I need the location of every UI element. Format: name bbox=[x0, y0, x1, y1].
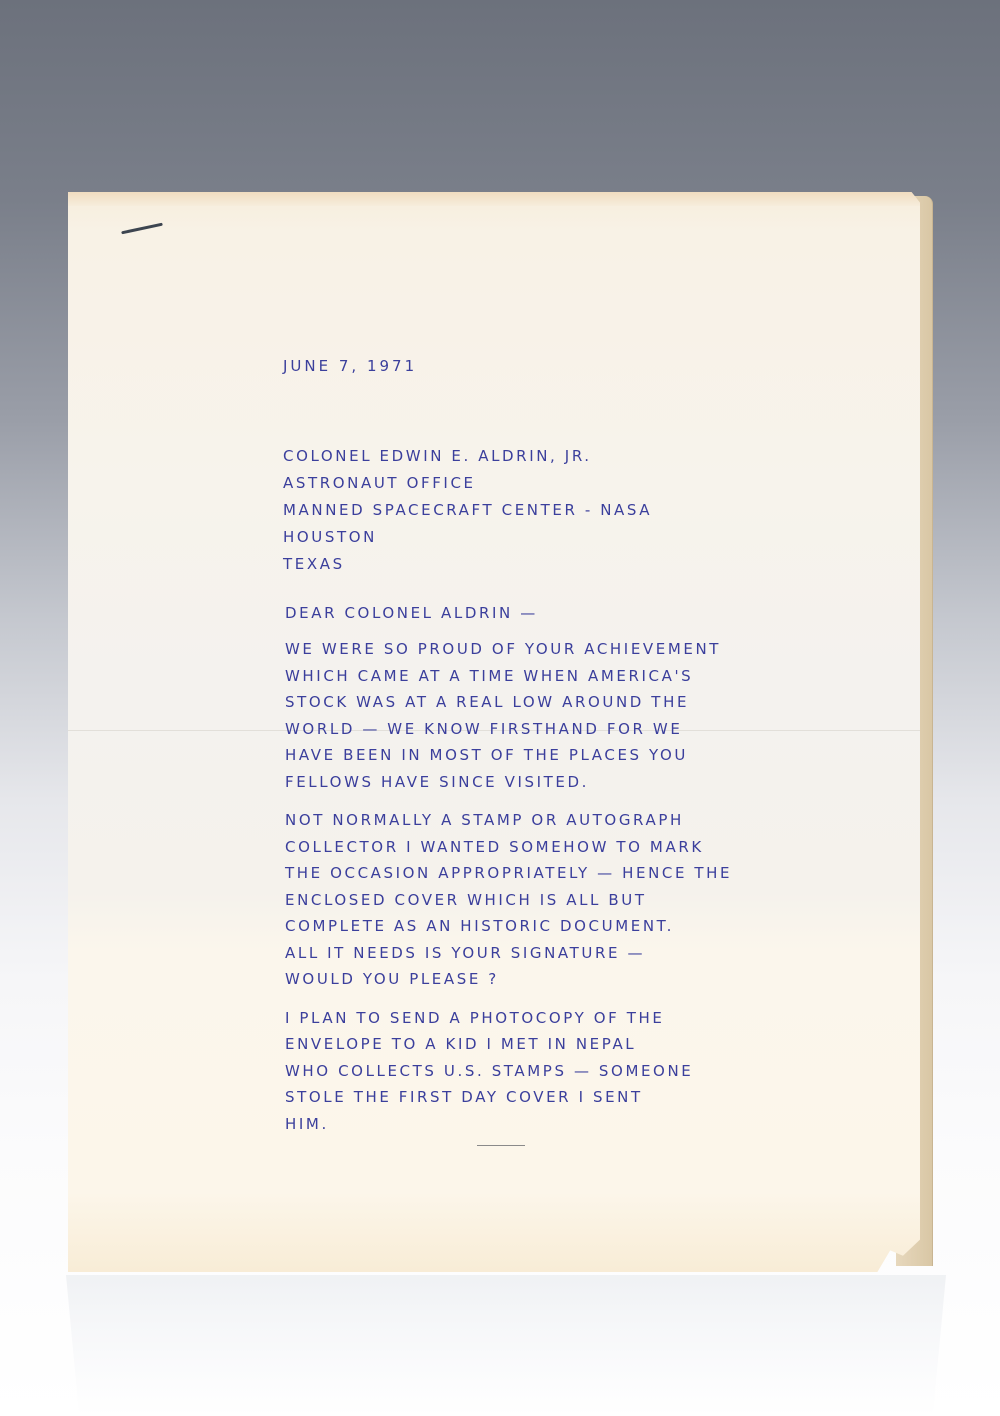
text-line: STOCK WAS AT A REAL LOW AROUND THE bbox=[285, 689, 843, 716]
paragraph-1: WE WERE SO PROUD OF YOUR ACHIEVEMENT WHI… bbox=[285, 636, 843, 795]
address-line: COLONEL EDWIN E. ALDRIN, JR. bbox=[283, 443, 843, 470]
paragraph-2: NOT NORMALLY A STAMP OR AUTOGRAPH COLLEC… bbox=[285, 807, 843, 993]
text-line: FELLOWS HAVE SINCE VISITED. bbox=[285, 769, 843, 796]
paper-reflection bbox=[66, 1275, 946, 1416]
text-line: HAVE BEEN IN MOST OF THE PLACES YOU bbox=[285, 742, 843, 769]
text-line: HIM. bbox=[285, 1111, 843, 1138]
address-line: TEXAS bbox=[283, 551, 843, 578]
address-line: ASTRONAUT OFFICE bbox=[283, 470, 843, 497]
text-line: WOULD YOU PLEASE ? bbox=[285, 966, 843, 993]
text-line: WE WERE SO PROUD OF YOUR ACHIEVEMENT bbox=[285, 636, 843, 663]
text-line: WORLD — WE KNOW FIRSTHAND FOR WE bbox=[285, 716, 843, 743]
handwritten-letter: JUNE 7, 1971 COLONEL EDWIN E. ALDRIN, JR… bbox=[283, 357, 843, 1149]
text-line: I PLAN TO SEND A PHOTOCOPY OF THE bbox=[285, 1005, 843, 1032]
text-line: COMPLETE AS AN HISTORIC DOCUMENT. bbox=[285, 913, 843, 940]
address-line: HOUSTON bbox=[283, 524, 843, 551]
text-line: ALL IT NEEDS IS YOUR SIGNATURE — bbox=[285, 940, 843, 967]
salutation: DEAR COLONEL ALDRIN — bbox=[285, 604, 843, 622]
text-line: COLLECTOR I WANTED SOMEHOW TO MARK bbox=[285, 834, 843, 861]
text-line: NOT NORMALLY A STAMP OR AUTOGRAPH bbox=[285, 807, 843, 834]
text-line: WHICH CAME AT A TIME WHEN AMERICA'S bbox=[285, 663, 843, 690]
text-line: ENVELOPE TO A KID I MET IN NEPAL bbox=[285, 1031, 843, 1058]
paragraph-3: I PLAN TO SEND A PHOTOCOPY OF THE ENVELO… bbox=[285, 1005, 843, 1138]
text-line: THE OCCASION APPROPRIATELY — HENCE THE bbox=[285, 860, 843, 887]
pencil-mark-top-left bbox=[121, 223, 163, 235]
letter-date: JUNE 7, 1971 bbox=[283, 357, 843, 375]
text-line: STOLE THE FIRST DAY COVER I SENT bbox=[285, 1084, 843, 1111]
address-line: MANNED SPACECRAFT CENTER - NASA bbox=[283, 497, 843, 524]
recipient-address: COLONEL EDWIN E. ALDRIN, JR. ASTRONAUT O… bbox=[283, 443, 843, 578]
paper-top-edge bbox=[68, 192, 920, 206]
text-line: WHO COLLECTS U.S. STAMPS — SOMEONE bbox=[285, 1058, 843, 1085]
letter-sheet: JUNE 7, 1971 COLONEL EDWIN E. ALDRIN, JR… bbox=[68, 192, 920, 1272]
text-line: ENCLOSED COVER WHICH IS ALL BUT bbox=[285, 887, 843, 914]
